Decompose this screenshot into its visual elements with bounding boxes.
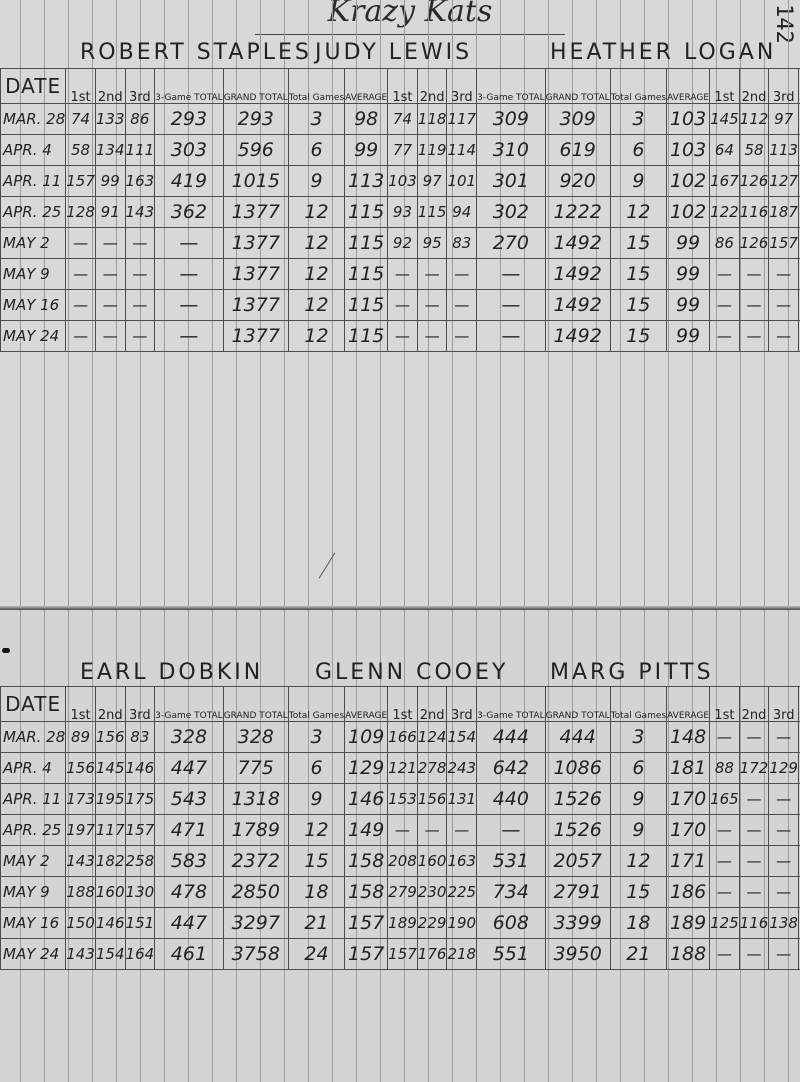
score-cell: 642 [477,753,546,784]
score-cell: 9 [610,815,666,846]
score-cell: 195 [95,784,125,815]
column-header-total-games: Total Games [288,687,344,722]
score-cell: 112 [739,104,769,135]
score-cell: — [710,877,740,908]
table-row: MAR. 28741338629329339874118117309309310… [1,104,800,135]
bowler-name: ROBERT STAPLES [80,40,312,65]
score-cell: 208 [388,846,418,877]
column-header-three-game-total: 3-Game TOTAL [155,69,224,104]
score-cell: 117 [447,104,477,135]
score-cell: 229 [417,908,447,939]
score-cell: 157 [66,166,96,197]
score-cell: — [710,321,740,352]
score-cell: — [388,321,418,352]
score-cell: 775 [223,753,288,784]
score-cell: 3399 [545,908,610,939]
score-cell: 471 [155,815,224,846]
score-cell: — [710,846,740,877]
ledger-page-top: Krazy Kats 142 DATE1st2nd3rd3-Game TOTAL… [0,0,800,610]
score-cell: 97 [417,166,447,197]
score-cell: 146 [345,784,388,815]
score-cell: 1222 [545,197,610,228]
score-cell: 115 [345,321,388,352]
score-cell: 122 [710,197,740,228]
score-cell: — [739,722,769,753]
table-row: MAY 918816013047828501815827923022573427… [1,877,800,908]
column-header-three-game-total: 3-Game TOTAL [477,687,546,722]
score-cell: 114 [447,135,477,166]
score-cell: 150 [66,908,96,939]
score-cell: 156 [95,722,125,753]
score-cell: — [739,321,769,352]
score-cell: — [95,228,125,259]
score-cell: — [417,259,447,290]
score-cell: 2850 [223,877,288,908]
score-cell: — [388,259,418,290]
date-cell: APR. 25 [1,815,66,846]
score-cell: 190 [447,908,477,939]
score-cell: 124 [417,722,447,753]
score-cell: — [769,815,799,846]
date-cell: APR. 25 [1,197,66,228]
page-number: 142 [771,4,796,44]
score-cell: 1318 [223,784,288,815]
score-cell: 447 [155,908,224,939]
table-row: APR. 11173195175543131891461531561314401… [1,784,800,815]
column-header-first: 1st [710,687,740,722]
column-header-average: AVERAGE [667,69,710,104]
score-cell: 531 [477,846,546,877]
score-cell: 6 [288,135,344,166]
score-cell: 89 [66,722,96,753]
date-cell: APR. 4 [1,753,66,784]
table-row: MAY 9————137712115————14921599————178315… [1,259,800,290]
column-header-average: AVERAGE [345,687,388,722]
score-cell: 103 [667,104,710,135]
score-cell: 197 [66,815,96,846]
score-cell: 149 [345,815,388,846]
table-row: MAY 214318225858323721515820816016353120… [1,846,800,877]
column-header-grand-total: GRAND TOTAL [223,69,288,104]
table-row: MAR. 28891568332832831091661241544444443… [1,722,800,753]
score-cell: 218 [447,939,477,970]
score-cell: 9 [610,784,666,815]
score-cell: 151 [125,908,155,939]
score-cell: 94 [447,197,477,228]
column-header-second: 2nd [95,687,125,722]
score-cell: 134 [95,135,125,166]
date-cell: MAY 16 [1,908,66,939]
column-header-third: 3rd [125,69,155,104]
score-cell: 175 [125,784,155,815]
score-cell: — [769,939,799,970]
score-cell: 2791 [545,877,610,908]
score-cell: 101 [447,166,477,197]
column-header-first: 1st [710,69,740,104]
score-cell: 21 [610,939,666,970]
score-cell: 12 [288,290,344,321]
score-cell: 115 [345,290,388,321]
column-header-third: 3rd [447,687,477,722]
score-cell: 12 [288,321,344,352]
score-cell: 167 [710,166,740,197]
score-cell: 1377 [223,197,288,228]
score-cell: 12 [610,846,666,877]
score-cell: 154 [447,722,477,753]
score-cell: 18 [288,877,344,908]
score-cell: 115 [345,228,388,259]
score-cell: 99 [667,228,710,259]
score-cell: 165 [710,784,740,815]
score-cell: — [769,321,799,352]
score-cell: 189 [388,908,418,939]
score-cell: 157 [345,908,388,939]
score-cell: — [769,877,799,908]
score-cell: 328 [223,722,288,753]
score-cell: 129 [345,753,388,784]
score-cell: 3 [288,104,344,135]
score-cell: — [95,259,125,290]
score-cell: — [155,228,224,259]
score-cell: 88 [710,753,740,784]
score-cell: 119 [417,135,447,166]
date-header: DATE [1,687,66,722]
score-cell: 99 [667,290,710,321]
score-cell: — [710,259,740,290]
date-cell: MAR. 28 [1,722,66,753]
score-cell: 58 [739,135,769,166]
score-cell: 130 [125,877,155,908]
score-cell: 9 [610,166,666,197]
score-cell: 163 [447,846,477,877]
score-cell: 131 [447,784,477,815]
score-cell: 133 [95,104,125,135]
score-cell: 83 [125,722,155,753]
date-cell: APR. 11 [1,166,66,197]
column-header-average: AVERAGE [667,687,710,722]
score-cell: 181 [667,753,710,784]
date-cell: MAY 2 [1,846,66,877]
bowler-name: MARG PITTS [550,660,714,685]
table-row: APR. 25128911433621377121159311594302122… [1,197,800,228]
score-cell: 143 [66,846,96,877]
score-cell: 302 [477,197,546,228]
score-cell: 146 [125,753,155,784]
score-cell: 113 [769,135,799,166]
score-cell: 126 [739,228,769,259]
date-cell: MAY 9 [1,259,66,290]
score-cell: — [125,228,155,259]
score-cell: — [125,290,155,321]
score-table: DATE1st2nd3rd3-Game TOTALGRAND TOTALTota… [0,68,800,352]
score-cell: — [155,321,224,352]
score-cell: 2057 [545,846,610,877]
date-cell: MAY 2 [1,228,66,259]
score-cell: — [477,321,546,352]
score-cell: 301 [477,166,546,197]
score-cell: 58 [66,135,96,166]
table-row: MAY 16————137712115————14921599————17831… [1,290,800,321]
score-cell: 188 [667,939,710,970]
score-cell: 293 [155,104,224,135]
score-cell: 91 [95,197,125,228]
score-cell: 125 [710,908,740,939]
score-cell: 9 [288,784,344,815]
score-cell: 186 [667,877,710,908]
score-cell: 83 [447,228,477,259]
score-cell: 163 [125,166,155,197]
column-header-third: 3rd [769,69,799,104]
column-header-total-games: Total Games [610,687,666,722]
score-cell: 1526 [545,815,610,846]
score-cell: — [447,259,477,290]
score-cell: 102 [667,197,710,228]
score-cell: 102 [667,166,710,197]
score-cell: 148 [667,722,710,753]
score-cell: 3 [610,104,666,135]
score-cell: 551 [477,939,546,970]
score-cell: 129 [769,753,799,784]
score-cell: — [95,290,125,321]
score-cell: 121 [388,753,418,784]
table-row: APR. 25197117157471178912149————15269170… [1,815,800,846]
score-cell: 24 [288,939,344,970]
score-cell: 230 [417,877,447,908]
score-cell: 189 [667,908,710,939]
score-cell: — [477,290,546,321]
score-cell: 157 [388,939,418,970]
score-cell: 126 [739,166,769,197]
score-cell: 115 [345,259,388,290]
score-cell: 166 [388,722,418,753]
score-cell: 1492 [545,321,610,352]
column-header-first: 1st [388,69,418,104]
score-cell: — [769,290,799,321]
score-cell: 12 [288,197,344,228]
score-cell: 173 [66,784,96,815]
score-cell: 98 [345,104,388,135]
score-cell: 113 [345,166,388,197]
score-cell: 293 [223,104,288,135]
score-cell: 115 [345,197,388,228]
score-cell: 596 [223,135,288,166]
score-cell: — [155,290,224,321]
score-cell: 3950 [545,939,610,970]
score-cell: 3297 [223,908,288,939]
score-cell: — [710,290,740,321]
score-cell: 143 [125,197,155,228]
score-cell: 6 [610,753,666,784]
score-cell: 12 [610,197,666,228]
score-cell: 187 [769,197,799,228]
score-cell: 21 [288,908,344,939]
score-cell: — [769,722,799,753]
score-cell: 117 [95,815,125,846]
score-cell: 303 [155,135,224,166]
score-cell: 920 [545,166,610,197]
score-cell: — [710,939,740,970]
column-header-third: 3rd [447,69,477,104]
score-cell: 97 [769,104,799,135]
score-cell: — [739,815,769,846]
score-cell: 153 [388,784,418,815]
score-cell: 118 [417,104,447,135]
score-cell: 103 [667,135,710,166]
score-cell: 116 [739,908,769,939]
score-cell: — [447,815,477,846]
score-cell: 95 [417,228,447,259]
date-cell: MAY 16 [1,290,66,321]
score-cell: 188 [66,877,96,908]
score-cell: 15 [610,228,666,259]
score-cell: 243 [447,753,477,784]
score-cell: 583 [155,846,224,877]
score-cell: — [66,228,96,259]
score-cell: — [125,321,155,352]
table-row: MAY 24————137712115————14921599————17831… [1,321,800,352]
column-header-three-game-total: 3-Game TOTAL [155,687,224,722]
score-cell: 157 [345,939,388,970]
score-cell: — [739,784,769,815]
score-cell: 99 [95,166,125,197]
column-header-first: 1st [388,687,418,722]
bowler-name: HEATHER LOGAN [550,40,776,65]
score-cell: 111 [125,135,155,166]
table-row: APR. 45813411130359669977119114310619610… [1,135,800,166]
score-cell: 86 [125,104,155,135]
bowler-name: EARL DOBKIN [80,660,263,685]
score-cell: 12 [288,228,344,259]
score-cell: 99 [667,321,710,352]
score-cell: 157 [769,228,799,259]
score-cell: — [125,259,155,290]
score-cell: 172 [739,753,769,784]
score-cell: 171 [667,846,710,877]
score-cell: 15 [288,846,344,877]
score-cell: 176 [417,939,447,970]
score-cell: 278 [417,753,447,784]
score-cell: 156 [66,753,96,784]
score-cell: 160 [417,846,447,877]
score-cell: 15 [610,321,666,352]
score-cell: 15 [610,290,666,321]
column-header-grand-total: GRAND TOTAL [545,687,610,722]
score-cell: — [66,321,96,352]
score-cell: 270 [477,228,546,259]
score-cell: — [477,259,546,290]
score-cell: 18 [610,908,666,939]
score-cell: 86 [710,228,740,259]
score-cell: 160 [95,877,125,908]
score-cell: 619 [545,135,610,166]
score-cell: — [417,321,447,352]
column-header-second: 2nd [739,69,769,104]
score-cell: 74 [388,104,418,135]
date-header: DATE [1,69,66,104]
score-cell: 157 [125,815,155,846]
score-cell: 93 [388,197,418,228]
score-cell: — [739,877,769,908]
score-cell: 128 [66,197,96,228]
score-cell: 447 [155,753,224,784]
score-cell: 1377 [223,290,288,321]
column-header-first: 1st [66,69,96,104]
score-cell: 444 [477,722,546,753]
score-cell: 419 [155,166,224,197]
score-cell: — [417,290,447,321]
column-header-second: 2nd [417,687,447,722]
score-table: DATE1st2nd3rd3-Game TOTALGRAND TOTALTota… [0,686,800,970]
score-cell: 103 [388,166,418,197]
score-cell: — [447,321,477,352]
score-cell: — [477,815,546,846]
column-header-total-games: Total Games [288,69,344,104]
score-cell: 164 [125,939,155,970]
score-cell: 444 [545,722,610,753]
score-cell: — [769,846,799,877]
score-cell: 12 [288,815,344,846]
score-cell: 225 [447,877,477,908]
score-cell: 145 [95,753,125,784]
score-cell: 1492 [545,228,610,259]
score-cell: — [388,290,418,321]
score-cell: 9 [288,166,344,197]
score-cell: 309 [477,104,546,135]
score-cell: 170 [667,784,710,815]
score-cell: 1377 [223,321,288,352]
score-cell: 77 [388,135,418,166]
column-header-first: 1st [66,687,96,722]
score-cell: 158 [345,846,388,877]
column-header-third: 3rd [769,687,799,722]
date-cell: APR. 4 [1,135,66,166]
score-cell: 115 [417,197,447,228]
column-header-average: AVERAGE [345,69,388,104]
score-cell: — [95,321,125,352]
ledger-page-bottom: DATE1st2nd3rd3-Game TOTALGRAND TOTALTota… [0,610,800,1082]
score-cell: 328 [155,722,224,753]
score-cell: 170 [667,815,710,846]
score-cell: 440 [477,784,546,815]
score-cell: 99 [667,259,710,290]
score-cell: 15 [610,259,666,290]
score-cell: — [66,290,96,321]
score-cell: 12 [288,259,344,290]
score-cell: 310 [477,135,546,166]
score-cell: 138 [769,908,799,939]
column-header-third: 3rd [125,687,155,722]
score-cell: 74 [66,104,96,135]
score-cell: 6 [610,135,666,166]
score-cell: 182 [95,846,125,877]
column-header-grand-total: GRAND TOTAL [545,69,610,104]
date-cell: MAY 9 [1,877,66,908]
score-cell: 6 [288,753,344,784]
column-header-total-games: Total Games [610,69,666,104]
score-cell: — [769,784,799,815]
column-header-grand-total: GRAND TOTAL [223,687,288,722]
score-cell: 1492 [545,290,610,321]
score-cell: — [66,259,96,290]
date-cell: MAY 24 [1,321,66,352]
score-cell: — [739,939,769,970]
column-header-three-game-total: 3-Game TOTAL [477,69,546,104]
score-cell: — [769,259,799,290]
score-cell: 279 [388,877,418,908]
score-cell: 116 [739,197,769,228]
score-cell: 3758 [223,939,288,970]
table-row: APR. 41561451464477756129121278243642108… [1,753,800,784]
